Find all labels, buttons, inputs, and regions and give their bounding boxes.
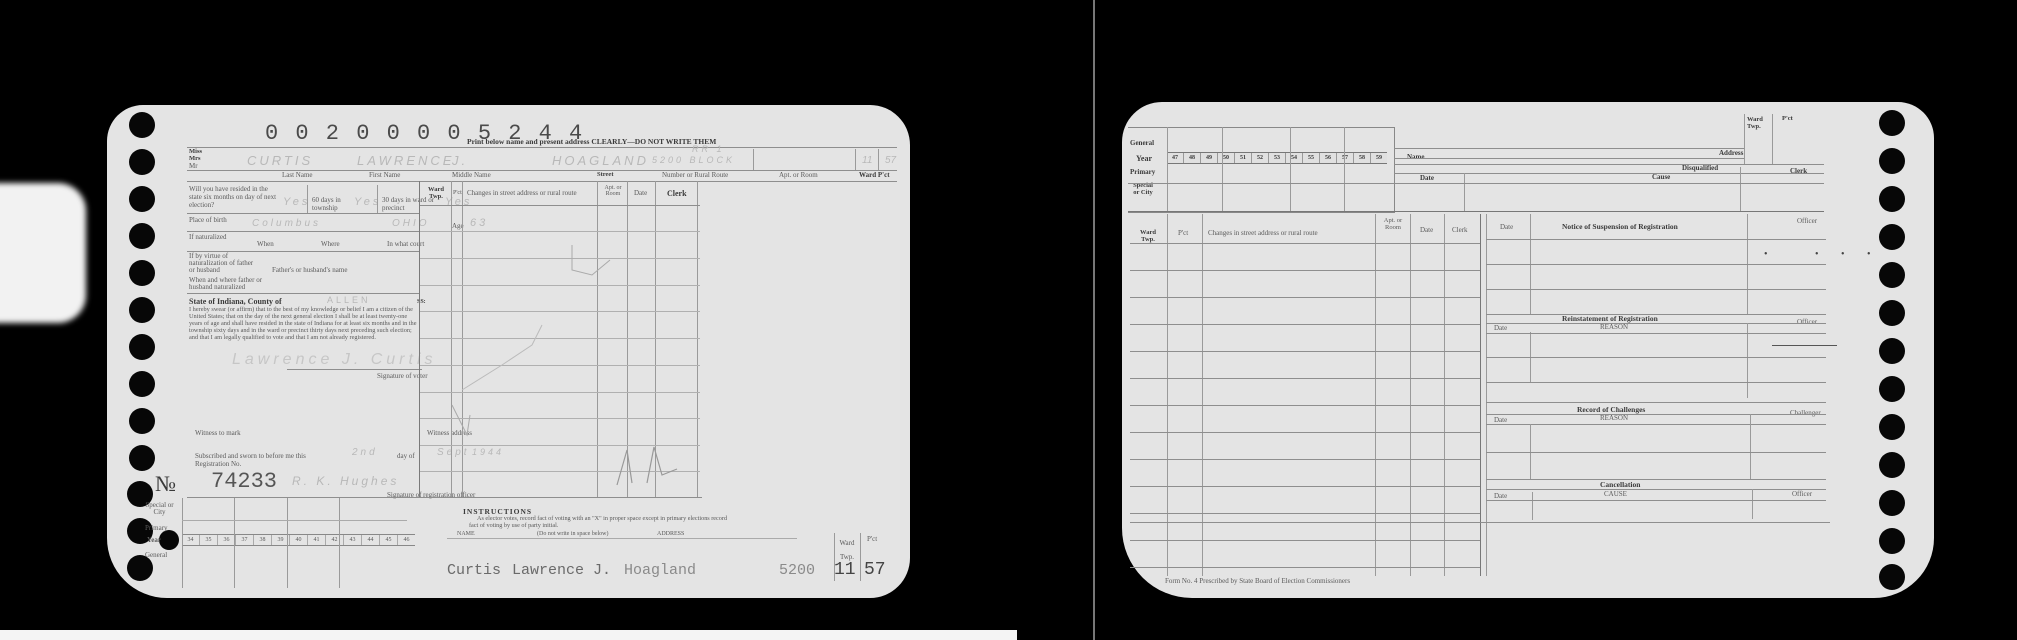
township-label: 60 days in township: [312, 196, 352, 212]
punch-hole: [129, 334, 155, 360]
divider: [377, 185, 378, 213]
punch-hole-small: [159, 530, 179, 550]
divider: [1747, 323, 1748, 398]
day-of-label: day of: [397, 453, 415, 460]
street-value: HOAGLAND: [552, 154, 649, 167]
table-row-line: [1130, 486, 1480, 487]
voter-signature: Lawrence J. Curtis: [232, 352, 437, 368]
row-label-general: General: [145, 552, 167, 559]
ward-days-answer: Yes: [445, 197, 472, 208]
pencil-marks: [422, 225, 702, 495]
divider: [1130, 243, 1480, 244]
divider: [1744, 114, 1745, 164]
cancellation-cause-label: CAUSE: [1604, 491, 1627, 498]
do-not-write-label: (Do not write in space below): [537, 531, 608, 537]
row-label-year: Year: [1136, 155, 1152, 163]
year-cell: 45: [380, 535, 398, 545]
last-name-label: Last Name: [282, 172, 313, 179]
suspension-officer-label: Officer: [1797, 218, 1817, 225]
apt-label: Apt. or Room: [779, 172, 818, 179]
divider: [234, 498, 235, 588]
punch-hole: [1879, 300, 1905, 326]
divider: [1486, 489, 1826, 490]
punch-hole: [129, 260, 155, 286]
header-instruction: Print below name and present address CLE…: [467, 138, 716, 146]
table-row-line: [1130, 378, 1480, 379]
ward-pct-label: Ward P'ct: [859, 172, 890, 179]
divider: [187, 213, 419, 214]
punch-hole: [1879, 148, 1905, 174]
year-cell: 58: [1354, 153, 1371, 163]
instructions-text-2: fact of voting by use of party initial.: [469, 523, 558, 529]
changes-header-pct: P'ct: [1178, 230, 1188, 237]
voter-registration-card-front: 0 0 2 0 0 0 0 5 2 4 4 Print below name a…: [107, 105, 910, 598]
year-cell: 49: [1201, 153, 1218, 163]
divider: [339, 498, 340, 588]
divider: [1740, 167, 1741, 211]
punch-hole: [129, 186, 155, 212]
ward-value: 11: [862, 156, 872, 166]
divider: [1486, 500, 1826, 501]
changes-header-date: Date: [634, 190, 647, 197]
punch-hole: [1879, 452, 1905, 478]
year-cell: 57: [1337, 153, 1354, 163]
divider: [1394, 164, 1824, 165]
year-cell: 47: [1167, 153, 1184, 163]
row-label-year: Year: [147, 537, 161, 544]
punch-hole: [129, 149, 155, 175]
year-row: 34 35 36 37 38 39 40 41 42 43 44 45 46: [182, 534, 415, 546]
divider: [1344, 127, 1345, 211]
table-row-line: [1486, 289, 1826, 290]
witness-mark-label: Witness to mark: [195, 430, 241, 437]
divider: [419, 181, 420, 497]
divider: [1486, 333, 1826, 334]
middle-name-value: J.: [452, 154, 468, 167]
changes-header-pct: P'ct: [453, 190, 462, 196]
divider: [182, 498, 183, 588]
punch-hole: [1879, 414, 1905, 440]
divider: [1486, 402, 1826, 403]
subscribed-label: Subscribed and sworn to before me this: [195, 453, 306, 460]
punch-hole: [129, 445, 155, 471]
divider: [187, 147, 897, 148]
table-row-line: [1130, 405, 1480, 406]
where-label: Where: [321, 241, 340, 248]
divider: [1486, 424, 1826, 425]
oath-heading: State of Indiana, County of: [189, 298, 282, 306]
divider: [447, 538, 797, 539]
last-name-value: CURTIS: [247, 154, 313, 167]
year-row: 47 48 49 50 51 52 53 54 55 56 57 58 59: [1167, 152, 1387, 164]
changes-header-clerk: Clerk: [1452, 227, 1468, 234]
table-row-line: [1130, 324, 1480, 325]
reinstatement-date-label: Date: [1494, 325, 1507, 332]
row-label-special: Special or City: [142, 502, 177, 516]
year-cell: 50: [1218, 153, 1235, 163]
year-cell: 42: [326, 535, 344, 545]
county-value: ALLEN: [327, 296, 371, 305]
changes-header-address: Changes in street address or rural route: [1208, 230, 1318, 237]
birth-place-value: Columbus: [252, 219, 321, 229]
punch-hole: [129, 297, 155, 323]
year-cell: 44: [362, 535, 380, 545]
punch-hole: [129, 223, 155, 249]
divider: [1128, 183, 1394, 184]
punch-hole: [1879, 490, 1905, 516]
typed-street: Hoagland: [624, 563, 696, 578]
officer-dots: • • • •: [1764, 249, 1881, 260]
typed-first-name: Lawrence J.: [512, 563, 611, 578]
divider: [1222, 127, 1223, 211]
suspension-title: Notice of Suspension of Registration: [1562, 223, 1678, 231]
punch-hole: [1879, 110, 1905, 136]
registration-officer-signature: R. K. Hughes: [292, 475, 399, 487]
table-row-line: [1130, 459, 1480, 460]
divider: [1486, 414, 1826, 415]
table-row-line: [1130, 297, 1480, 298]
oath-text: I hereby swear (or affirm) that to the b…: [189, 306, 421, 341]
naturalized-label: If naturalized: [189, 233, 229, 241]
footer-pct-label: P'ct: [867, 536, 877, 543]
typed-last-name: Curtis: [447, 563, 501, 578]
divider: [1130, 522, 1830, 523]
year-cell: 59: [1371, 153, 1387, 163]
challenges-date-label: Date: [1494, 417, 1507, 424]
punch-hole: [1879, 186, 1905, 212]
divider: [1290, 127, 1291, 211]
table-row-line: [1130, 567, 1480, 568]
divider: [1394, 148, 1744, 149]
officer-dash-dots: [1772, 345, 1837, 346]
divider: [1464, 173, 1465, 211]
row-label-primary: Primary: [1130, 169, 1155, 176]
divider: [878, 149, 879, 171]
suspension-date-label: Date: [1500, 224, 1513, 231]
changes-header-date: Date: [1420, 227, 1433, 234]
bottom-white-strip: [0, 630, 1017, 640]
challenges-title: Record of Challenges: [1577, 406, 1645, 414]
footer-address-label: ADDRESS: [657, 531, 684, 537]
divider: [1486, 239, 1826, 240]
table-row-line: [1130, 540, 1480, 541]
number-note: RR 1: [692, 145, 725, 154]
cancellation-date-label: Date: [1494, 493, 1507, 500]
voting-record-grid: [1128, 127, 1395, 213]
number-value: 5200 BLOCK: [652, 156, 735, 165]
divider: [1750, 414, 1751, 479]
divider: [1532, 492, 1533, 520]
salutation-mr: Mr: [189, 163, 198, 170]
divider: [187, 497, 702, 498]
divider: [287, 369, 422, 370]
row-label-special: Special or City: [1132, 182, 1154, 196]
ward-twp-label: Ward Twp.: [1747, 116, 1771, 130]
divider: [187, 181, 897, 182]
divider: [1486, 479, 1826, 480]
punch-hole: [1879, 564, 1905, 590]
precinct-value: 57: [885, 156, 896, 166]
divider: [860, 533, 861, 581]
year-cell: 41: [308, 535, 326, 545]
punch-hole: [1879, 528, 1905, 554]
registration-number: 74233: [211, 471, 277, 493]
year-cell: 55: [1303, 153, 1320, 163]
row-label-primary: Primary: [145, 525, 168, 532]
punch-hole: [129, 408, 155, 434]
table-row-line: [1130, 432, 1480, 433]
birth-place-label: Place of birth: [189, 216, 229, 224]
subscribed-day: 2nd: [352, 448, 378, 458]
year-cell: 54: [1286, 153, 1303, 163]
year-cell: 43: [344, 535, 362, 545]
father-name-label: Father's or husband's name: [272, 267, 347, 274]
when-label: When: [257, 241, 274, 248]
divider: [1394, 173, 1824, 174]
divider: [1486, 323, 1826, 324]
changes-header-apt: Apt. or Room: [1380, 218, 1406, 231]
divider: [1752, 489, 1753, 519]
table-row-line: [1486, 382, 1826, 383]
reinstatement-reason-label: REASON: [1600, 324, 1628, 331]
virtue-label: If by virtue of naturalization of father…: [189, 253, 254, 274]
year-cell: 40: [290, 535, 308, 545]
divider: [182, 520, 407, 521]
year-cell: 38: [254, 535, 272, 545]
divider: [187, 231, 419, 232]
state-residency-question: Will you have resided in the state six m…: [189, 185, 277, 209]
year-cell: 37: [236, 535, 254, 545]
divider: [1394, 183, 1824, 184]
form-footer: Form No. 4 Prescribed by State Board of …: [1165, 578, 1350, 585]
voter-registration-card-back: General Year Primary Special or City 47 …: [1122, 102, 1934, 598]
table-row-line: [1486, 264, 1826, 265]
year-cell: 52: [1252, 153, 1269, 163]
table-row-line: [1130, 270, 1480, 271]
divider: [1167, 127, 1168, 211]
divider: [287, 498, 288, 588]
punch-hole: [1879, 376, 1905, 402]
row-label-general: General: [1130, 140, 1154, 147]
punch-hole: [129, 112, 155, 138]
divider: [307, 185, 308, 213]
disqualified-label: Disqualified: [1682, 165, 1718, 172]
light-blur-artifact: [0, 183, 86, 323]
divider: [753, 149, 754, 171]
street-label: Street: [597, 172, 613, 179]
punch-hole: [129, 371, 155, 397]
punch-hole: [1879, 262, 1905, 288]
first-name-label: First Name: [369, 172, 400, 179]
cancellation-title: Cancellation: [1600, 481, 1640, 489]
year-cell: 53: [1269, 153, 1286, 163]
typed-ward: 11: [834, 561, 856, 579]
typed-number: 5200: [779, 563, 815, 578]
divider-line: [1093, 0, 1095, 640]
year-cell: 34: [182, 535, 200, 545]
divider: [420, 205, 700, 206]
changes-header-clerk: Clerk: [667, 190, 687, 198]
table-row-line: [1130, 351, 1480, 352]
punch-hole: [1879, 338, 1905, 364]
reinstatement-title: Reinstatement of Registration: [1562, 315, 1658, 323]
father-naturalized-label: When and where father or husband natural…: [189, 277, 279, 291]
middle-name-label: Middle Name: [452, 172, 491, 179]
changes-header-ward: Ward Twp.: [1134, 230, 1162, 243]
first-name-value: LAWRENCE: [357, 154, 454, 167]
changes-header-ward: Ward Twp.: [423, 187, 449, 200]
pct-label: P'ct: [1782, 116, 1793, 123]
divider: [1128, 211, 1824, 212]
year-cell: 35: [200, 535, 218, 545]
changes-header-address: Changes in street address or rural route: [467, 190, 577, 197]
changes-header-apt: Apt. or Room: [601, 185, 625, 197]
divider: [855, 149, 856, 171]
table-row-line: [1486, 357, 1826, 358]
punch-hole: [1879, 224, 1905, 250]
cancellation-officer-label: Officer: [1792, 491, 1812, 498]
divider: [1772, 114, 1773, 164]
divider: [187, 293, 419, 294]
cause-label: Cause: [1652, 174, 1670, 181]
year-cell: 56: [1320, 153, 1337, 163]
year-cell: 48: [1184, 153, 1201, 163]
table-row-line: [1130, 513, 1480, 514]
year-cell: 51: [1235, 153, 1252, 163]
registration-no-label: Registration No.: [195, 461, 241, 468]
divider: [1394, 158, 1744, 159]
footer-name-label: NAME: [457, 531, 475, 537]
number-symbol: №: [155, 471, 176, 497]
challenges-reason-label: REASON: [1600, 415, 1628, 422]
typed-precinct: 57: [864, 561, 886, 579]
number-label: Number or Rural Route: [662, 172, 728, 179]
disqualified-date-label: Date: [1420, 175, 1434, 182]
table-row-line: [1486, 452, 1826, 453]
year-cell: 46: [398, 535, 415, 545]
address-label: Address: [1719, 150, 1743, 157]
